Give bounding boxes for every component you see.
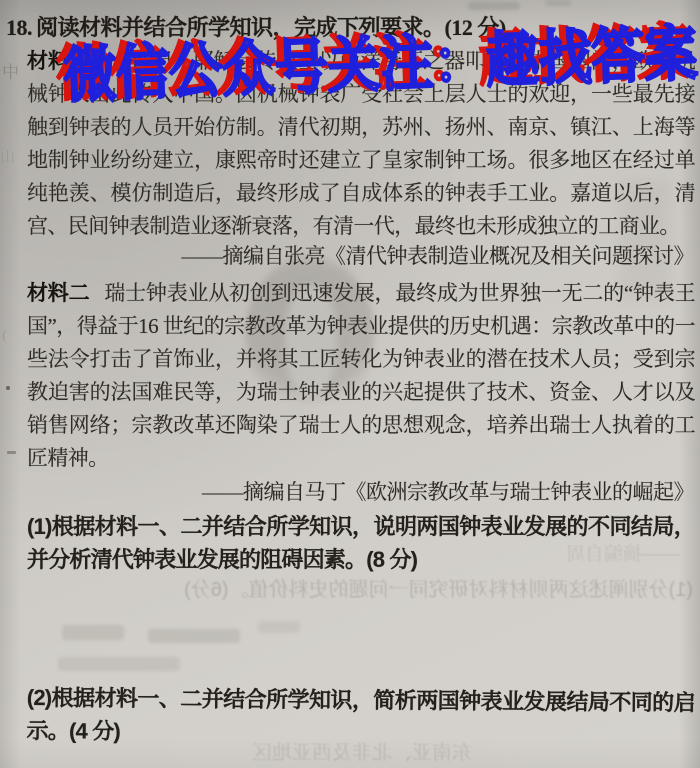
- bleedthrough-smudge: [468, 2, 520, 10]
- margin-ink-dash: [7, 451, 16, 454]
- material-2-label: 材料二: [27, 282, 89, 305]
- bleedthrough-smudge: [148, 629, 240, 643]
- question-18-header: 18.阅读材料并结合所学知识，完成下列要求。(12 分): [6, 12, 696, 44]
- margin-ink-dot: [6, 386, 10, 390]
- material-1-text: 16 世纪，耶稣会传教士以西洋奇巧之器叩开了中国国门，欧洲机械钟表由此传入中国。…: [27, 49, 695, 238]
- margin-bleed-mark: (: [2, 328, 7, 345]
- material-1-label: 材料一: [27, 50, 90, 73]
- exam-page-scan: ——摘编自周 (1)分别阐述这两则材料对研究同一问题的史料价值。(6分) 东南亚…: [0, 0, 700, 768]
- material-1-source: ——摘编自张亮《清代钟表制造业概况及相关问题探讨》: [0, 241, 694, 271]
- material-2-source: ——摘编自马丁《欧洲宗教改革与瑞士钟表业的崛起》: [0, 477, 694, 507]
- bleedthrough-smudge: [545, 0, 571, 6]
- material-1-paragraph: 材料一16 世纪，耶稣会传教士以西洋奇巧之器叩开了中国国门，欧洲机械钟表由此传入…: [27, 45, 695, 243]
- question-18-text: 阅读材料并结合所学知识，完成下列要求。(12 分): [36, 15, 506, 40]
- material-2-paragraph: 材料二瑞士钟表业从初创到迅速发展，最终成为世界独一无二的“钟表王国”，得益于16…: [27, 277, 695, 475]
- sub-question-1: (1)根据材料一、二并结合所学知识，说明两国钟表业发展的不同结局，并分析清代钟表…: [27, 510, 695, 576]
- bleedthrough-answer-ghost: (1)分别阐述这两则材料对研究同一问题的史料价值。(6分): [135, 573, 693, 602]
- material-2-text: 瑞士钟表业从初创到迅速发展，最终成为世界独一无二的“钟表王国”，得益于16 世纪…: [27, 281, 695, 470]
- margin-bleed-mark: 山: [0, 146, 15, 167]
- bleedthrough-smudge: [58, 657, 180, 671]
- margin-bleed-mark: 中: [2, 58, 19, 83]
- bleedthrough-smudge: [62, 625, 124, 640]
- sub-question-2: (2)根据材料一、二并结合所学知识，简析两国钟表业发展结局不同的启示。(4 分): [26, 681, 694, 752]
- question-number: 18.: [6, 15, 32, 40]
- bleedthrough-smudge: [258, 621, 300, 633]
